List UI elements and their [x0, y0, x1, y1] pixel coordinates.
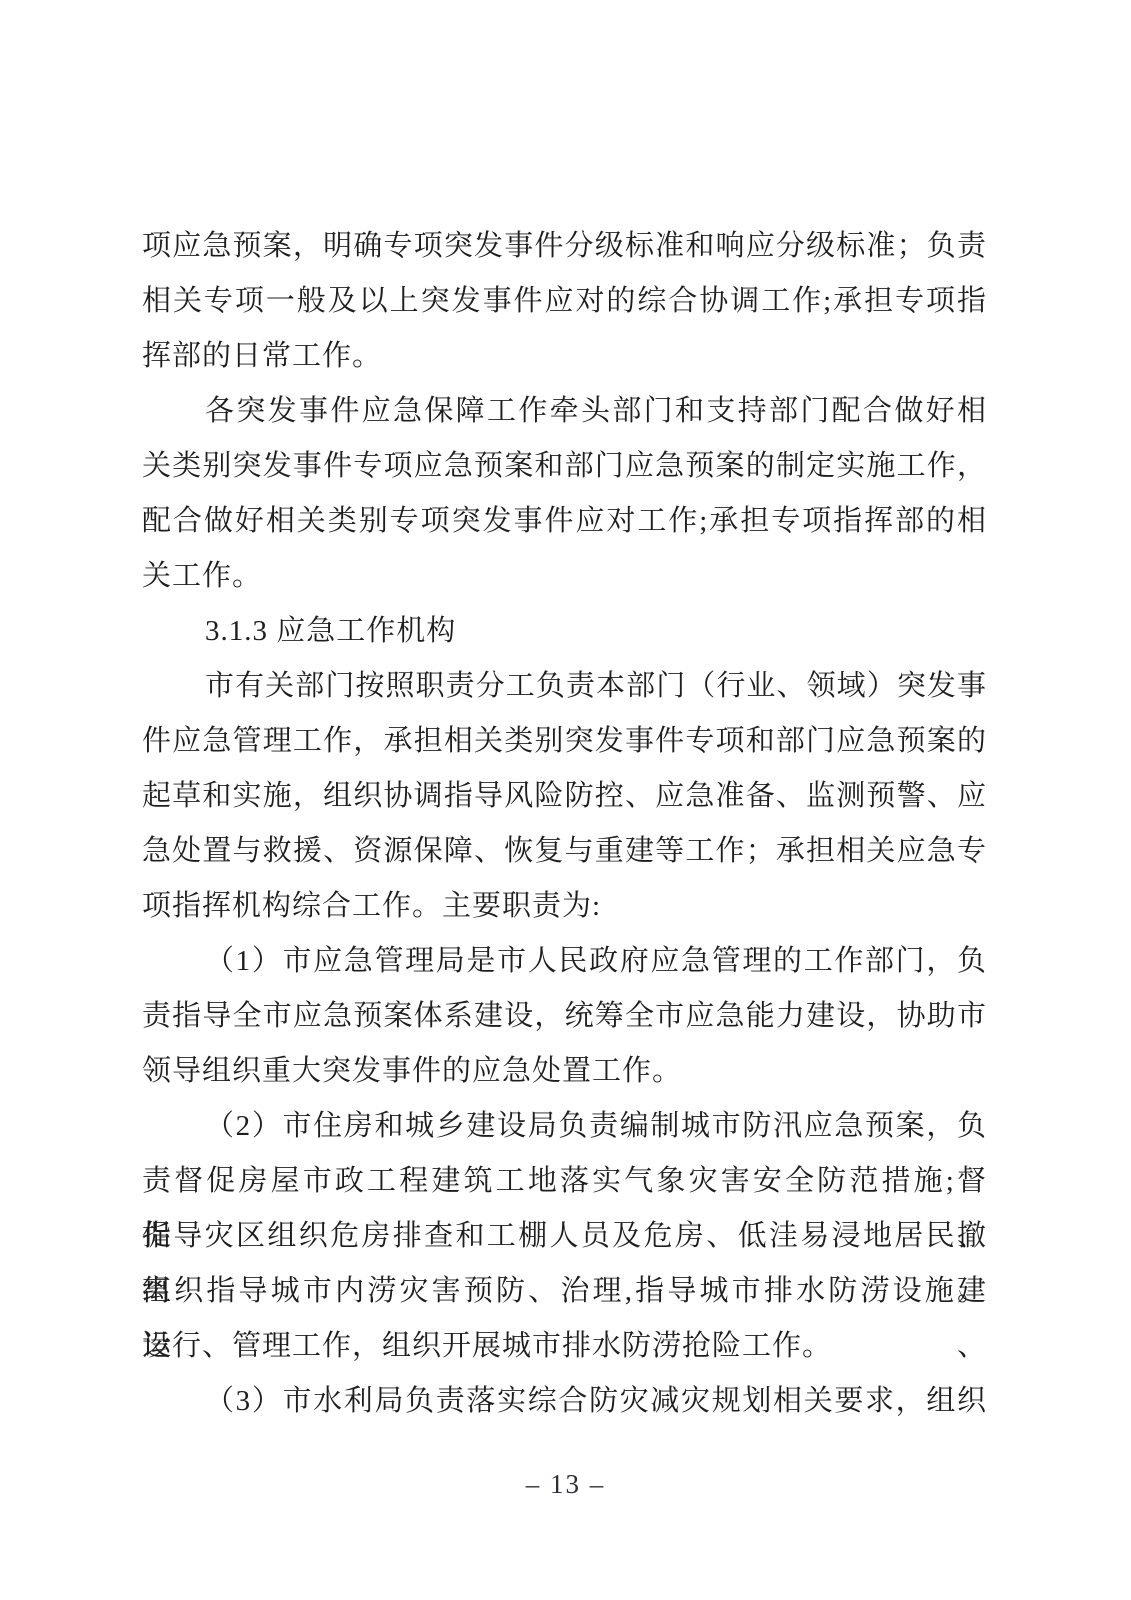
text-line: 组织指导城市内涝灾害预防、治理,指导城市排水防涝设施建设、: [142, 1264, 987, 1319]
text-line: 急处置与救援、资源保障、恢复与重建等工作；承担相关应急专: [142, 824, 987, 879]
page-number: – 13 –: [0, 1466, 1131, 1502]
text-line: （3）市水利局负责落实综合防灾减灾规划相关要求，组织: [142, 1374, 987, 1429]
text-line: 领导组织重大突发事件的应急处置工作。: [142, 1044, 987, 1099]
text-line: 起草和实施，组织协调指导风险防控、应急准备、监测预警、应: [142, 769, 987, 824]
text-line: 配合做好相关类别专项突发事件应对工作;承担专项指挥部的相: [142, 494, 987, 549]
text-line: 各突发事件应急保障工作牵头部门和支持部门配合做好相: [142, 384, 987, 439]
text-line: （2）市住房和城乡建设局负责编制城市防汛应急预案，负: [142, 1099, 987, 1154]
text-line: 相关专项一般及以上突发事件应对的综合协调工作;承担专项指: [142, 274, 987, 329]
text-line: 关工作。: [142, 549, 987, 604]
document-body: 项应急预案，明确专项突发事件分级标准和响应分级标准；负责 相关专项一般及以上突发…: [142, 219, 987, 1429]
text-line: 件应急管理工作，承担相关类别突发事件专项和部门应急预案的: [142, 714, 987, 769]
text-line: 项应急预案，明确专项突发事件分级标准和响应分级标准；负责: [142, 219, 987, 274]
text-line: 市有关部门按照职责分工负责本部门（行业、领域）突发事: [142, 659, 987, 714]
text-line: 责督促房屋市政工程建筑工地落实气象灾害安全防范措施;督促、: [142, 1154, 987, 1209]
text-line: 关类别突发事件专项应急预案和部门应急预案的制定实施工作，: [142, 439, 987, 494]
text-line: 指导灾区组织危房排查和工棚人员及危房、低洼易浸地居民撤离。: [142, 1209, 987, 1264]
text-line: 挥部的日常工作。: [142, 329, 987, 384]
text-line: （1）市应急管理局是市人民政府应急管理的工作部门，负: [142, 934, 987, 989]
text-line: 项指挥机构综合工作。主要职责为:: [142, 879, 987, 934]
section-heading: 3.1.3 应急工作机构: [142, 604, 987, 659]
document-page: 项应急预案，明确专项突发事件分级标准和响应分级标准；负责 相关专项一般及以上突发…: [0, 0, 1131, 1600]
text-line: 责指导全市应急预案体系建设，统筹全市应急能力建设，协助市: [142, 989, 987, 1044]
